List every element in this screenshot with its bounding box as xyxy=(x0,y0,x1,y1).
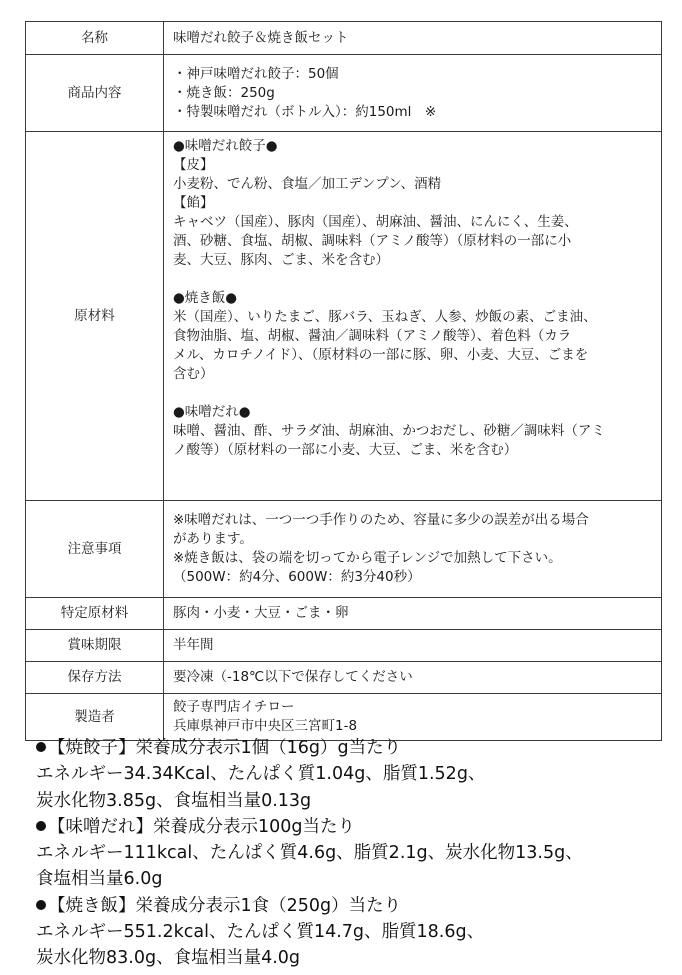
value-product-name: 味噌だれ餃子＆焼き飯セット xyxy=(164,22,662,55)
nutrition-line: エネルギー551.2kcal、たんぱく質14.7g、脂質18.6g、 xyxy=(36,919,676,945)
contents-line: ・神戸味噌だれ餃子：50個 xyxy=(173,65,655,84)
nutrition-section-fried-rice: 【焼き飯】栄養成分表示1食（250g）当たり エネルギー551.2kcal、たん… xyxy=(36,893,676,972)
product-spec-table: 名称 味噌だれ餃子＆焼き飯セット 商品内容 ・神戸味噌だれ餃子：50個 ・焼き飯… xyxy=(25,21,662,741)
nutrition-heading: 【焼餃子】栄養成分表示1個（16g）g当たり xyxy=(36,735,676,761)
row-best-before: 賞味期限 半年間 xyxy=(26,630,662,662)
value-allergens: 豚肉・小麦・大豆・ごま・卵 xyxy=(164,598,662,630)
value-ingredients: ●味噌だれ餃子● 【皮】 小麦粉、でん粉、食塩／加工デンプン、酒精 【餡】 キャ… xyxy=(164,132,662,501)
ingredients-line: 米（国産）、いりたまご、豚バラ、玉ねぎ、人参、炒飯の素、ごま油、 xyxy=(173,308,655,327)
value-product-contents: ・神戸味噌だれ餃子：50個 ・焼き飯：250g ・特製味噌だれ（ボトル入）：約1… xyxy=(164,55,662,132)
label-storage: 保存方法 xyxy=(26,662,164,694)
manufacturer-name: 餃子専門店イチロー xyxy=(173,698,655,717)
ingredients-line: メル、カロチノイド）、（原材料の一部に豚、卵、小麦、大豆、ごまを xyxy=(173,346,655,365)
ingredients-subheading-filling: 【餡】 xyxy=(173,194,655,213)
nutrition-line: エネルギー34.34Kcal、たんぱく質1.04g、脂質1.52g、 xyxy=(36,761,676,787)
nutrition-heading-text: 【焼餃子】栄養成分表示1個（16g）g当たり xyxy=(48,738,401,758)
ingredients-line: 含む） xyxy=(173,365,655,384)
nutrition-heading: 【焼き飯】栄養成分表示1食（250g）当たり xyxy=(36,893,676,919)
manufacturer-address: 兵庫県神戸市中央区三宮町1-8 xyxy=(173,717,655,736)
row-ingredients: 原材料 ●味噌だれ餃子● 【皮】 小麦粉、でん粉、食塩／加工デンプン、酒精 【餡… xyxy=(26,132,662,501)
contents-line: ・焼き飯：250g xyxy=(173,84,655,103)
nutrition-section-gyoza: 【焼餃子】栄養成分表示1個（16g）g当たり エネルギー34.34Kcal、たん… xyxy=(36,735,676,814)
label-notes: 注意事項 xyxy=(26,501,164,598)
bullet-icon xyxy=(36,742,46,752)
nutrition-section-miso-sauce: 【味噌だれ】栄養成分表示100g当たり エネルギー111kcal、たんぱく質4.… xyxy=(36,814,676,893)
nutrition-heading-text: 【焼き飯】栄養成分表示1食（250g）当たり xyxy=(48,896,401,916)
value-notes: ※味噌だれは、一つ一つ手作りのため、容量に多少の誤差が出る場合 があります。 ※… xyxy=(164,501,662,598)
ingredients-heading-gyoza: ●味噌だれ餃子● xyxy=(173,137,655,156)
ingredients-line: 味噌、醤油、酢、サラダ油、胡麻油、かつおだし、砂糖／調味料（アミ xyxy=(173,422,655,441)
ingredients-line: キャベツ（国産）、豚肉（国産）、胡麻油、醤油、にんにく、生姜、 xyxy=(173,213,655,232)
ingredients-heading-fried-rice: ●焼き飯● xyxy=(173,289,655,308)
nutrition-heading: 【味噌だれ】栄養成分表示100g当たり xyxy=(36,814,676,840)
bullet-icon xyxy=(36,900,46,910)
ingredients-line: ノ酸等）（原材料の一部に小麦、大豆、ごま、米を含む） xyxy=(173,441,655,460)
label-product-name: 名称 xyxy=(26,22,164,55)
ingredients-heading-miso-sauce: ●味噌だれ● xyxy=(173,403,655,422)
notes-line: （500W：約4分、600W：約3分40秒） xyxy=(173,568,655,587)
bullet-icon xyxy=(36,821,46,831)
contents-line: ・特製味噌だれ（ボトル入）：約150ml ※ xyxy=(173,103,655,122)
spacer xyxy=(173,384,655,403)
row-allergens: 特定原材料 豚肉・小麦・大豆・ごま・卵 xyxy=(26,598,662,630)
notes-line: ※味噌だれは、一つ一つ手作りのため、容量に多少の誤差が出る場合 xyxy=(173,511,655,530)
ingredients-line: 食物油脂、塩、胡椒、醤油／調味料（アミノ酸等）、着色料（カラ xyxy=(173,327,655,346)
notes-line: ※焼き飯は、袋の端を切ってから電子レンジで加熱して下さい。 xyxy=(173,549,655,568)
nutrition-line: 炭水化物83.0g、食塩相当量4.0g xyxy=(36,945,676,971)
spacer xyxy=(173,270,655,289)
row-notes: 注意事項 ※味噌だれは、一つ一つ手作りのため、容量に多少の誤差が出る場合 があり… xyxy=(26,501,662,598)
value-manufacturer: 餃子専門店イチロー 兵庫県神戸市中央区三宮町1-8 xyxy=(164,694,662,741)
nutrition-facts: 【焼餃子】栄養成分表示1個（16g）g当たり エネルギー34.34Kcal、たん… xyxy=(36,735,676,972)
product-name-text: 味噌だれ餃子＆焼き飯セット xyxy=(173,29,655,48)
nutrition-line: 炭水化物3.85g、食塩相当量0.13g xyxy=(36,788,676,814)
row-product-contents: 商品内容 ・神戸味噌だれ餃子：50個 ・焼き飯：250g ・特製味噌だれ（ボトル… xyxy=(26,55,662,132)
label-manufacturer: 製造者 xyxy=(26,694,164,741)
value-storage: 要冷凍（-18℃以下で保存してください xyxy=(164,662,662,694)
label-best-before: 賞味期限 xyxy=(26,630,164,662)
row-product-name: 名称 味噌だれ餃子＆焼き飯セット xyxy=(26,22,662,55)
row-manufacturer: 製造者 餃子専門店イチロー 兵庫県神戸市中央区三宮町1-8 xyxy=(26,694,662,741)
nutrition-heading-text: 【味噌だれ】栄養成分表示100g当たり xyxy=(48,817,355,837)
allergens-text: 豚肉・小麦・大豆・ごま・卵 xyxy=(173,604,655,623)
row-storage: 保存方法 要冷凍（-18℃以下で保存してください xyxy=(26,662,662,694)
ingredients-subheading-skin: 【皮】 xyxy=(173,156,655,175)
best-before-text: 半年間 xyxy=(173,636,655,655)
label-ingredients: 原材料 xyxy=(26,132,164,501)
label-product-contents: 商品内容 xyxy=(26,55,164,132)
storage-text: 要冷凍（-18℃以下で保存してください xyxy=(173,668,655,687)
nutrition-line: 食塩相当量6.0g xyxy=(36,866,676,892)
ingredients-line: 麦、大豆、豚肉、ごま、米を含む） xyxy=(173,251,655,270)
nutrition-line: エネルギー111kcal、たんぱく質4.6g、脂質2.1g、炭水化物13.5g、 xyxy=(36,840,676,866)
value-best-before: 半年間 xyxy=(164,630,662,662)
ingredients-line: 小麦粉、でん粉、食塩／加工デンプン、酒精 xyxy=(173,175,655,194)
ingredients-line: 酒、砂糖、食塩、胡椒、調味料（アミノ酸等）（原材料の一部に小 xyxy=(173,232,655,251)
label-allergens: 特定原材料 xyxy=(26,598,164,630)
notes-line: があります。 xyxy=(173,530,655,549)
